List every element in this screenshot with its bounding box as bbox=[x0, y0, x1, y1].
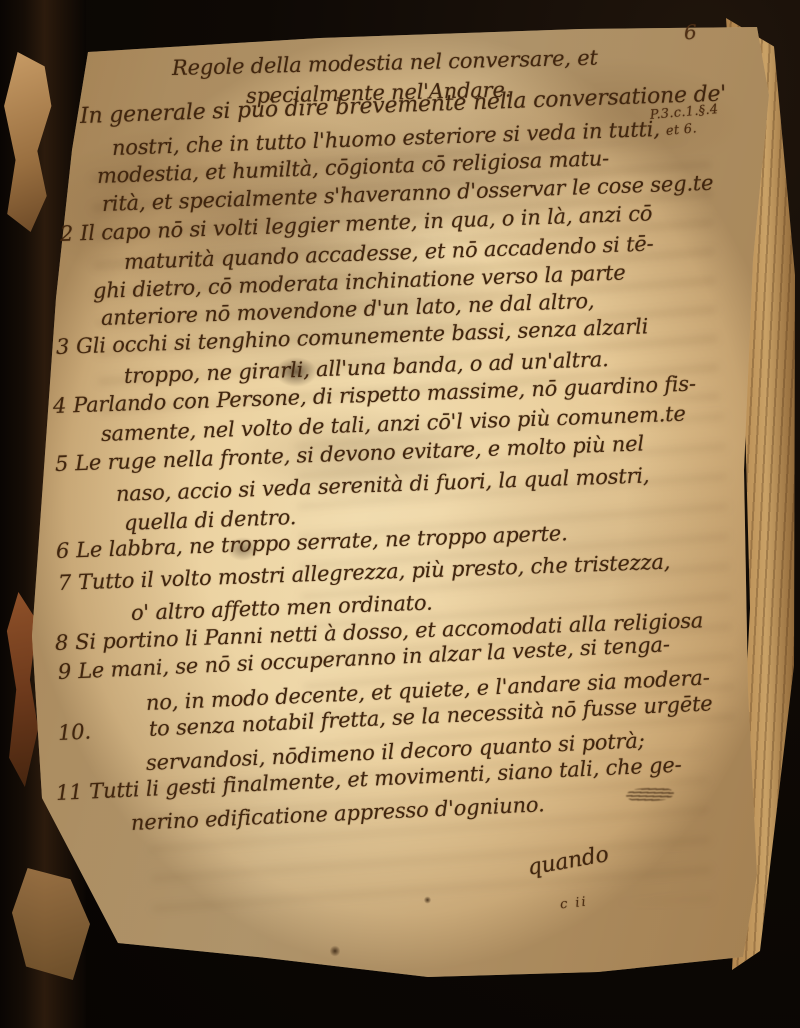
manuscript-photo: 6 P.3.c.1.§.4 et 6. Regole della modesti… bbox=[0, 0, 800, 1028]
item-number: 5 bbox=[55, 454, 69, 475]
item-number: 11 bbox=[56, 782, 83, 804]
marginal-citation: et 6. bbox=[665, 121, 697, 139]
folio-number: 6 bbox=[684, 20, 697, 44]
ink-speck bbox=[330, 945, 340, 957]
item-number: 2 bbox=[60, 224, 74, 245]
item-number: 10. bbox=[58, 719, 143, 744]
item-number: 4 bbox=[53, 396, 67, 417]
item-number: 8 bbox=[55, 633, 69, 654]
item-number: 9 bbox=[58, 661, 72, 683]
item-number: 6 bbox=[56, 541, 70, 562]
item-number: 3 bbox=[56, 337, 70, 358]
gathering-signature: c ii bbox=[559, 895, 588, 913]
item-number: 7 bbox=[58, 573, 72, 594]
ink-speck bbox=[424, 896, 431, 904]
